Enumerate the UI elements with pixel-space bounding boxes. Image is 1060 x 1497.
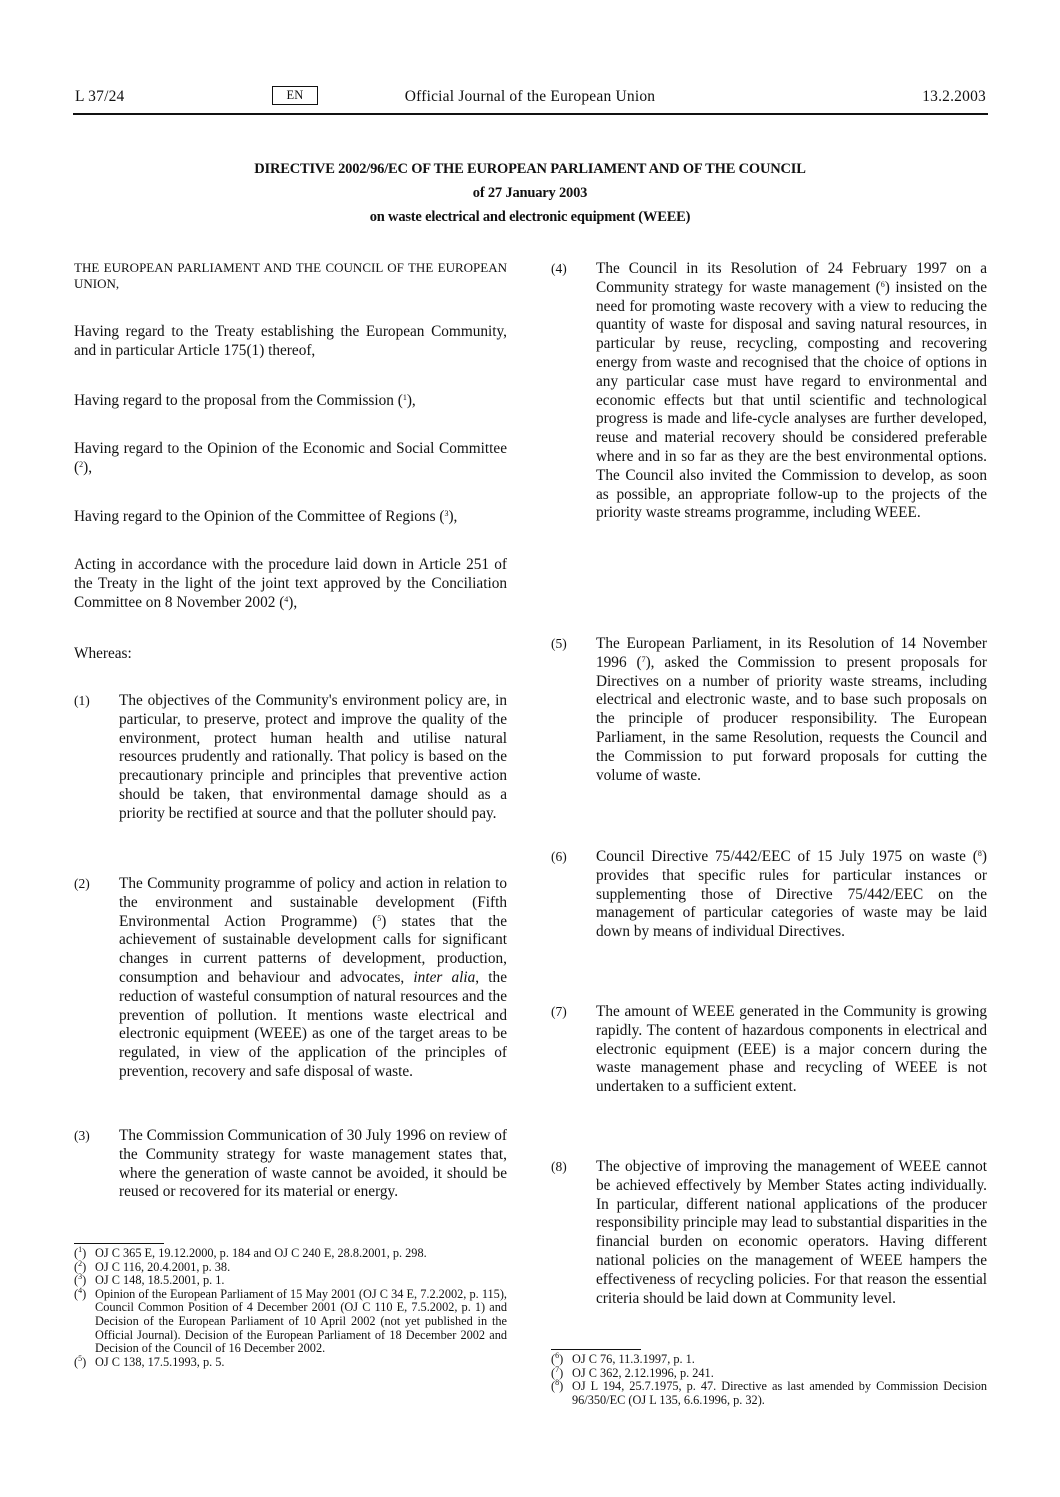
citation-treaty: Having regard to the Treaty establishing… bbox=[74, 323, 507, 361]
recital-number: (5) bbox=[551, 635, 567, 654]
recital-number: (8) bbox=[551, 1158, 567, 1177]
recital-text: The European Parliament, in its Resoluti… bbox=[596, 635, 987, 785]
recital-number: (4) bbox=[551, 260, 567, 279]
publication-date: 13.2.2003 bbox=[922, 88, 986, 106]
footnotes-left: (1)OJ C 365 E, 19.12.2000, p. 184 and OJ… bbox=[74, 1247, 507, 1369]
recital-number: (3) bbox=[74, 1127, 90, 1146]
recital-text: The Commission Communication of 30 July … bbox=[119, 1127, 507, 1202]
document-title: DIRECTIVE 2002/96/EC OF THE EUROPEAN PAR… bbox=[100, 157, 960, 229]
title-line-directive: DIRECTIVE 2002/96/EC OF THE EUROPEAN PAR… bbox=[100, 157, 960, 181]
footnote-2: (2)OJ C 116, 20.4.2001, p. 38. bbox=[74, 1261, 507, 1275]
footnote-4: (4)Opinion of the European Parliament of… bbox=[74, 1288, 507, 1356]
recital-text: The amount of WEEE generated in the Comm… bbox=[596, 1003, 987, 1097]
recital-number: (6) bbox=[551, 848, 567, 867]
recital-number: (7) bbox=[551, 1003, 567, 1022]
title-line-date: of 27 January 2003 bbox=[100, 181, 960, 205]
recital-number: (1) bbox=[74, 692, 90, 711]
recital-text: The objective of improving the managemen… bbox=[596, 1158, 987, 1308]
recital-text: Council Directive 75/442/EEC of 15 July … bbox=[596, 848, 987, 942]
citation-proposal: Having regard to the proposal from the C… bbox=[74, 392, 507, 411]
recital-number: (2) bbox=[74, 875, 90, 894]
footnote-5: (5)OJ C 138, 17.5.1993, p. 5. bbox=[74, 1356, 507, 1370]
footnote-1: (1)OJ C 365 E, 19.12.2000, p. 184 and OJ… bbox=[74, 1247, 507, 1261]
title-line-subject: on waste electrical and electronic equip… bbox=[100, 205, 960, 229]
footnote-6: (6)OJ C 76, 11.3.1997, p. 1. bbox=[551, 1353, 987, 1367]
footnote-divider bbox=[551, 1349, 641, 1350]
footnote-3: (3)OJ C 148, 18.5.2001, p. 1. bbox=[74, 1274, 507, 1288]
whereas-label: Whereas: bbox=[74, 645, 507, 664]
footnote-7: (7)OJ C 362, 2.12.1996, p. 241. bbox=[551, 1367, 987, 1381]
footnotes-right: (6)OJ C 76, 11.3.1997, p. 1. (7)OJ C 362… bbox=[551, 1353, 987, 1407]
recital-text: The Council in its Resolution of 24 Febr… bbox=[596, 260, 987, 523]
footnote-divider bbox=[74, 1243, 164, 1244]
header-divider bbox=[73, 113, 988, 115]
citation-cor-opinion: Having regard to the Opinion of the Comm… bbox=[74, 508, 507, 527]
recital-text: The objectives of the Community's enviro… bbox=[119, 692, 507, 824]
recital-text: The Community programme of policy and ac… bbox=[119, 875, 507, 1082]
preamble-opening: THE EUROPEAN PARLIAMENT AND THE COUNCIL … bbox=[74, 260, 507, 292]
citation-procedure: Acting in accordance with the procedure … bbox=[74, 556, 507, 612]
citation-esc-opinion: Having regard to the Opinion of the Econ… bbox=[74, 440, 507, 478]
journal-title: Official Journal of the European Union bbox=[72, 88, 988, 106]
footnote-8: (8)OJ L 194, 25.7.1975, p. 47. Directive… bbox=[551, 1380, 987, 1407]
running-header: L 37/24 EN Official Journal of the Europ… bbox=[72, 86, 988, 108]
